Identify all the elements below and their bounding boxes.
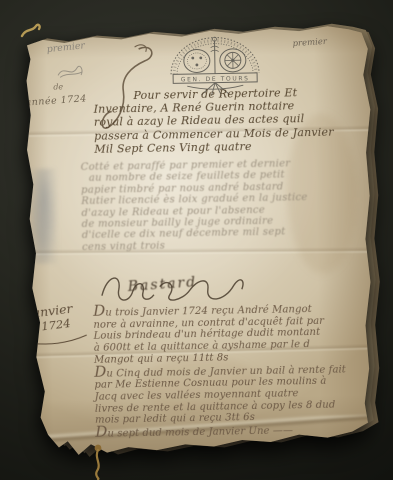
margin-underline-flourish bbox=[31, 333, 90, 350]
graphite-smudge bbox=[29, 168, 61, 264]
entries-paragraph: Du trois Janvier 1724 reçu André Mangot … bbox=[93, 301, 347, 440]
margin-note-year: année 1724 bbox=[25, 93, 87, 108]
pencil-scribble-icon bbox=[55, 60, 87, 81]
binding-thread-top bbox=[20, 22, 42, 40]
margin-date: Janvier 1724 bbox=[27, 299, 90, 354]
photograph-background: premier de année 1724 premier bbox=[0, 0, 393, 480]
margin-note-de: de bbox=[53, 82, 63, 91]
certification-paragraph: Cotté et paraffé par premier et dernier … bbox=[81, 158, 309, 253]
pencil-note-premier: premier bbox=[46, 40, 85, 55]
manuscript-page-wrapper: premier de année 1724 premier bbox=[0, 0, 393, 480]
manuscript-page: premier de année 1724 premier bbox=[14, 23, 377, 461]
folio-note-premier: premier bbox=[292, 37, 327, 49]
heading-paragraph: Pour servir de Repertoire Et Inventaire,… bbox=[93, 86, 334, 156]
binding-thread-bottom bbox=[90, 444, 108, 480]
stamp-band-text: GEN. DE TOURS bbox=[181, 75, 250, 83]
